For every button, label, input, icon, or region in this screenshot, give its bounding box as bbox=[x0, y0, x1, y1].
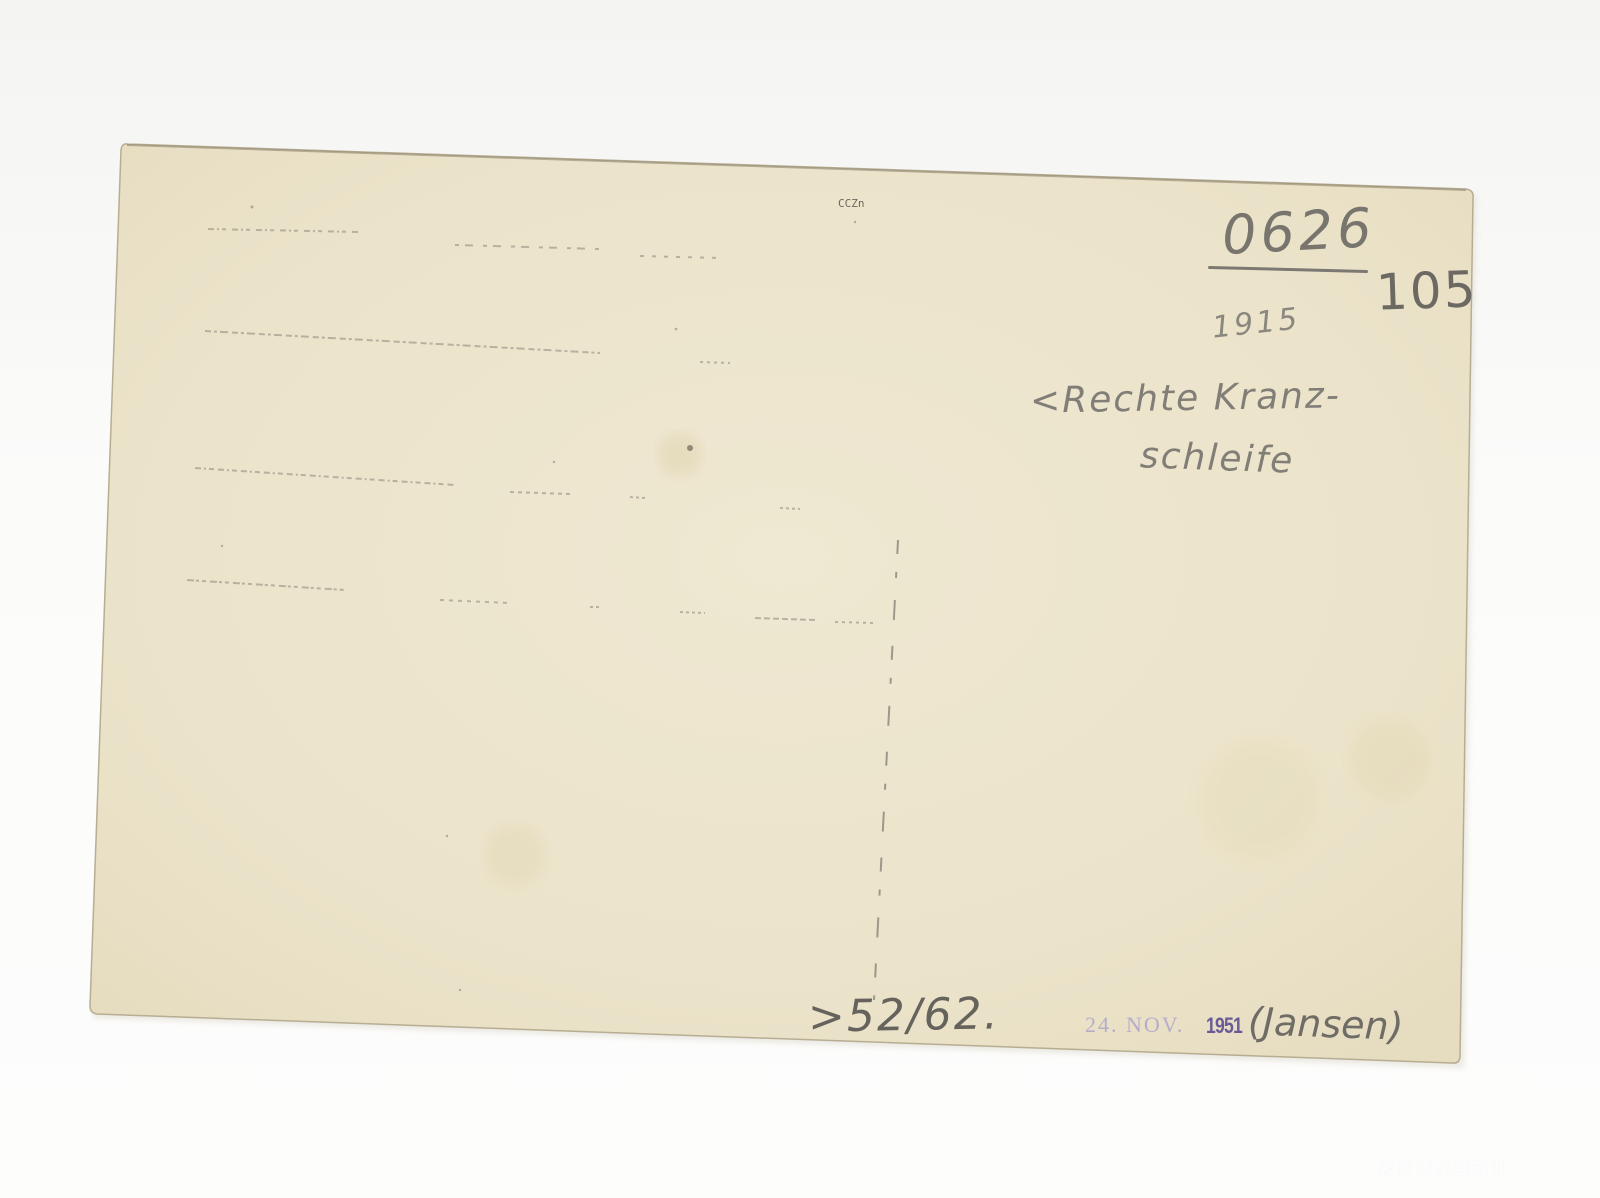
printed-code: CCZn bbox=[838, 197, 865, 210]
caption-line-1: <Rechte Kranz- bbox=[1030, 375, 1341, 421]
copyright-watermark: 著作権保護資料 bbox=[1378, 1156, 1511, 1179]
reference-number: >52/62. bbox=[808, 988, 1001, 1042]
date-stamp: 24. NOV. bbox=[1085, 1012, 1184, 1038]
sheet-number: 105 bbox=[1375, 260, 1478, 322]
card-surface bbox=[90, 144, 1473, 1063]
archive-number: 0626 bbox=[1220, 196, 1377, 267]
date-stamp-year: 1951 bbox=[1206, 1013, 1242, 1039]
caption-line-2: schleife bbox=[1139, 435, 1295, 481]
signature: (Jansen) bbox=[1247, 999, 1404, 1048]
